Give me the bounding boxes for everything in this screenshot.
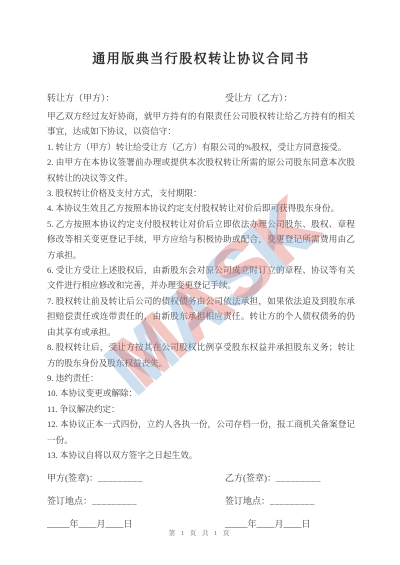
party-a-place-label: 签订地点： — [47, 496, 92, 506]
clause-1: 1. 转让方（甲方）转让给受让方（乙方）有限公司的%股权，受让方同意接受。 — [47, 140, 355, 155]
clause-13: 13. 本协议自将以双方签字之日起生效。 — [47, 448, 355, 463]
clause-4: 4. 本协议生效且乙方按照本协议约定支付股权转让对价后即可获得股东身份。 — [47, 201, 355, 216]
contract-body: 甲乙双方经过友好协商，就甲方持有的有限责任公司股权转让给乙方持有的相关事宜，达成… — [47, 109, 355, 463]
signature-block: 甲方(签章)：_________ 乙方(签章)：_________ 签订地点：_… — [47, 467, 355, 536]
parties-row: 转让方（甲方）： 受让方（乙方）： — [47, 91, 355, 104]
party-a-sign-blank: _________ — [98, 473, 143, 483]
signature-row-place: 签订地点：_________ 签订地点：_________ — [47, 490, 355, 513]
party-a-place-line: 签订地点：_________ — [47, 490, 225, 513]
clause-9: 9. 违约责任： — [47, 371, 355, 386]
party-b-sign-blank: _________ — [276, 473, 321, 483]
party-a-sign-label: 甲方(签章)： — [47, 473, 98, 483]
party-b-place-line: 签订地点：_________ — [225, 490, 355, 513]
party-b-place-blank: _________ — [270, 496, 315, 506]
clause-3: 3. 股权转让价格及支付方式，支付期限： — [47, 186, 355, 201]
party-a-sign-line: 甲方(签章)：_________ — [47, 467, 225, 490]
clause-11: 11. 争议解决约定： — [47, 402, 355, 417]
page-footer: 第 1 页 共 1 页 — [0, 528, 400, 537]
party-a-place-blank: _________ — [92, 496, 137, 506]
document-page: MASK MASK 通用版典当行股权转让协议合同书 转让方（甲方）： 受让方（乙… — [0, 0, 400, 565]
clause-7: 7. 股权转让前及转让后公司的债权债务由公司依法承担，如果依法追及到股东承担赔偿… — [47, 294, 355, 340]
clause-list: 1. 转让方（甲方）转让给受让方（乙方）有限公司的%股权，受让方同意接受。2. … — [47, 140, 355, 464]
clause-6: 6. 受让方受让上述股权后，由新股东会对原公司成立时订立的章程、协议等有关文件进… — [47, 263, 355, 294]
intro-paragraph: 甲乙双方经过友好协商，就甲方持有的有限责任公司股权转让给乙方持有的相关事宜，达成… — [47, 109, 355, 140]
page-title: 通用版典当行股权转让协议合同书 — [47, 48, 355, 67]
clause-5: 5. 乙方按照本协议约定支付股权转让对价后立即依法办理公司股东、股权、章程修改等… — [47, 217, 355, 263]
party-b-label: 受让方（乙方）： — [225, 91, 293, 104]
clause-10: 10. 本协议变更或解除： — [47, 386, 355, 401]
clause-8: 8. 股权转让后，受让方按其在公司股权比例享受股东权益并承担股东义务；转让方的股… — [47, 340, 355, 371]
clause-2: 2. 由甲方在本协议签署前办理或提供本次股权转让所需的原公司股东同意本次股权转让… — [47, 155, 355, 186]
party-b-sign-line: 乙方(签章)：_________ — [225, 467, 355, 490]
party-b-place-label: 签订地点： — [225, 496, 270, 506]
clause-12: 12. 本协议正本一式四份，立约人各执一份，公司存档一份，报工商机关备案登记一份… — [47, 417, 355, 448]
party-a-label: 转让方（甲方）： — [47, 91, 225, 104]
party-b-sign-label: 乙方(签章)： — [225, 473, 276, 483]
signature-row-sign: 甲方(签章)：_________ 乙方(签章)：_________ — [47, 467, 355, 490]
